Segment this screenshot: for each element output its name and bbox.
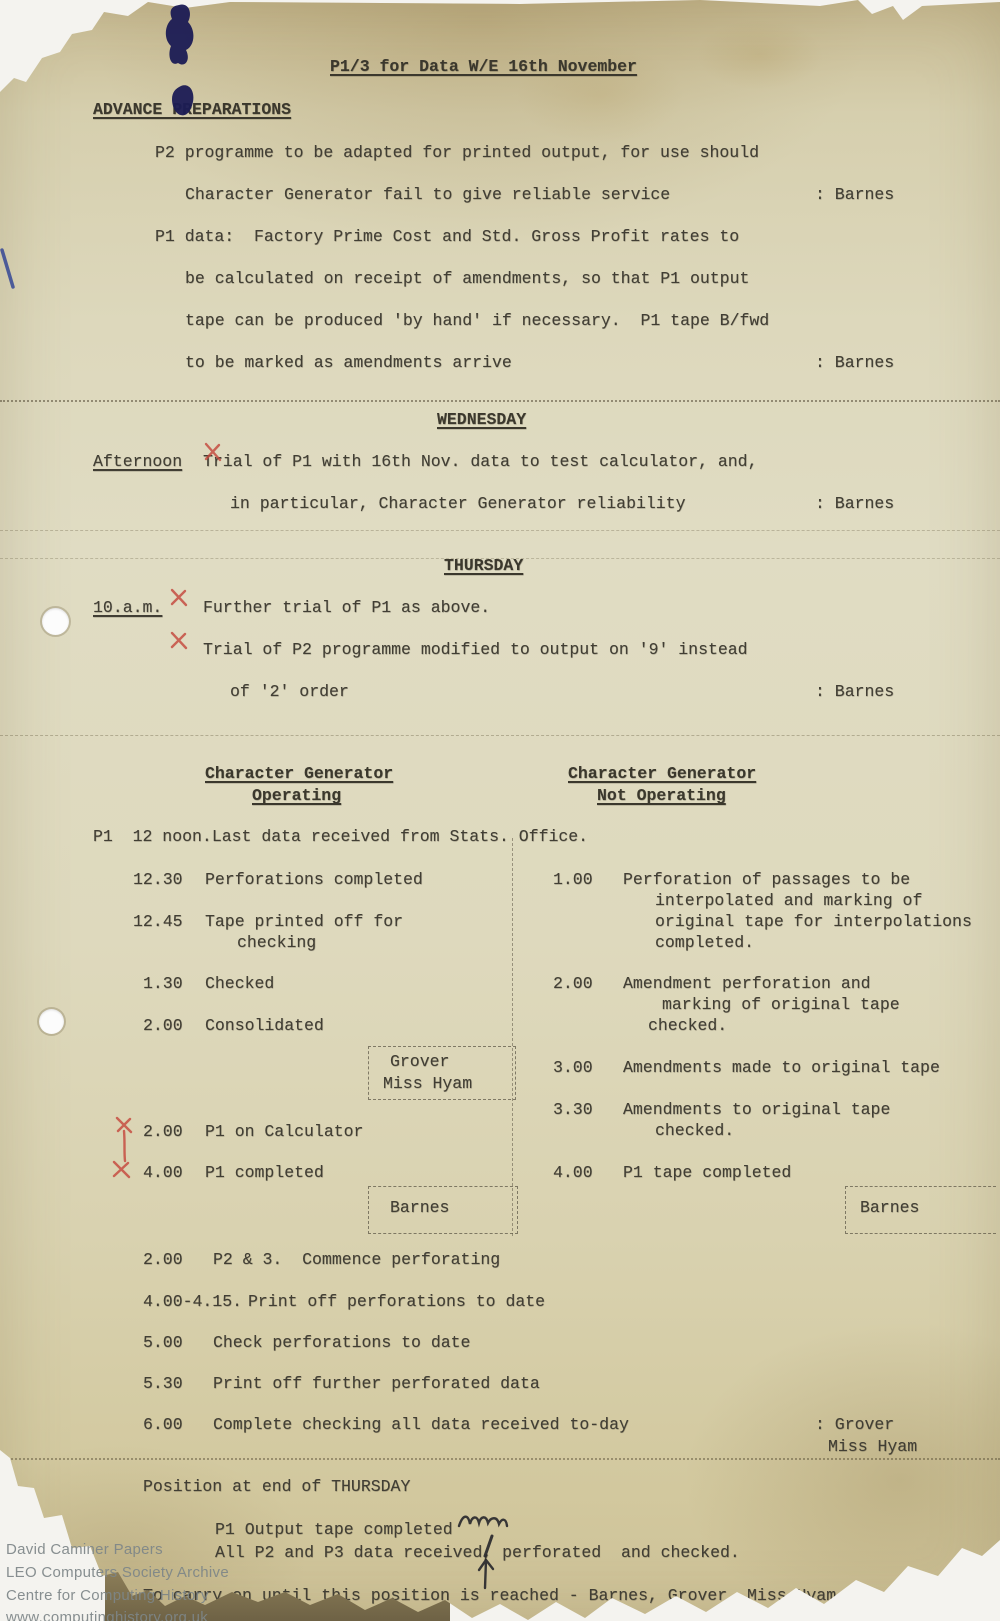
- red-x-afternoon: [206, 444, 220, 460]
- handwritten-scribble: [459, 1517, 507, 1526]
- ink-annotations: [0, 0, 1000, 1621]
- handwritten-arrow-up: [479, 1560, 493, 1588]
- watermark-line: LEO Computers Society Archive: [6, 1564, 229, 1581]
- watermark-line: David Caminer Papers: [6, 1541, 163, 1558]
- scanned-document: P1/3 for Data W/E 16th November ADVANCE …: [0, 0, 1000, 1621]
- blue-edge-mark: [2, 250, 13, 287]
- red-x-thursday-item1: [172, 590, 186, 605]
- handwritten-caret: [485, 1536, 492, 1556]
- ink-blot-top: [166, 4, 194, 115]
- red-margin-bracket: [114, 1118, 131, 1177]
- watermark-line: www.computinghistory.org.uk: [6, 1609, 208, 1621]
- red-x-thursday-item2: [172, 633, 186, 648]
- watermark-line: Centre for Computing History: [6, 1587, 209, 1604]
